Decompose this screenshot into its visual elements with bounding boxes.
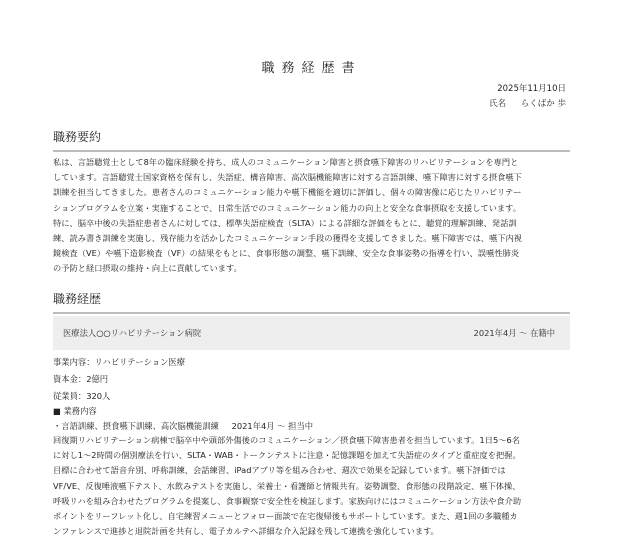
- duty-title: ・言語訓練、摂食嚥下訓練、高次脳機能訓練: [53, 421, 219, 431]
- company-employees: 従業員：320人: [53, 390, 110, 402]
- name-label: 氏名: [489, 99, 506, 109]
- summary-line: 訓練を担当してきました。患者さんのコミュニケーション能力や嚥下機能を適切に評価し…: [53, 185, 570, 200]
- duty-line: 呼吸リハを組み合わせたプログラムを提案し、食事観察で安全性を検証します。家族向け…: [53, 494, 570, 509]
- duty-line: 目標に合わせて語音弁別、呼称訓練、会話練習、iPadアプリ等を組み合わせ、週次で…: [53, 463, 570, 478]
- summary-line: 特に、脳卒中後の失語症患者さんに対しては、標準失語症検査（SLTA）による詳細な…: [53, 216, 570, 231]
- duty-line: に対し1～2時間の個別療法を行い、SLTA・WAB・トークンテストに注意・記憶課…: [53, 448, 570, 463]
- duty-title-row: ・言語訓練、摂食嚥下訓練、高次脳機能訓練 2021年4月 ～ 担当中: [53, 420, 313, 432]
- duties-heading: ■ 業務内容: [53, 405, 97, 417]
- resume-page: 職務経歴書 2025年11月10日 氏名 らくばか 歩 職務要約 私は、言語聴覚…: [0, 0, 623, 536]
- duty-line: ポイントをリーフレット化し、自宅練習メニューとフォロー面談で在宅復帰後もサポート…: [53, 509, 570, 524]
- career-heading: 職務経歴: [53, 290, 570, 314]
- document-title: 職務経歴書: [0, 57, 623, 76]
- duty-line: ンファレンスで進捗と退院計画を共有し、電子カルテへ詳細な介入記録を残して連携を強…: [53, 524, 570, 536]
- summary-line: 私は、言語聴覚士として8年の臨床経験を持ち、成人のコミュニケーション障害と摂食嚥…: [53, 155, 570, 170]
- name-value: らくばか 歩: [521, 99, 566, 109]
- document-date: 2025年11月10日: [489, 82, 566, 97]
- summary-heading: 職務要約: [53, 128, 570, 152]
- company-capital: 資本金：2億円: [53, 373, 108, 385]
- summary-line: しています。言語聴覚士国家資格を保有し、失語症、構音障害、高次脳機能障害に対する…: [53, 170, 570, 185]
- company-period: 2021年4月 ～ 在籍中: [474, 327, 555, 339]
- duty-description: 回復期リハビリテーション病棟で脳卒中や頭部外傷後のコミュニケーション／摂食嚥下障…: [53, 433, 570, 536]
- summary-line: の予防と経口摂取の維持・向上に貢献しています。: [53, 261, 570, 276]
- summary-line: 鏡検査（VE）や嚥下造影検査（VF）の結果をもとに、食事形態の調整、嚥下訓練、安…: [53, 246, 570, 261]
- summary-text: 私は、言語聴覚士として8年の臨床経験を持ち、成人のコミュニケーション障害と摂食嚥…: [53, 155, 570, 277]
- duty-line: 回復期リハビリテーション病棟で脳卒中や頭部外傷後のコミュニケーション／摂食嚥下障…: [53, 433, 570, 448]
- company-header: 医療法人○○リハビリテーション病院 2021年4月 ～ 在籍中: [53, 316, 570, 350]
- summary-line: 練、読み書き訓練を実施し、残存能力を活かしたコミュニケーション手段の獲得を支援し…: [53, 231, 570, 246]
- company-name: 医療法人○○リハビリテーション病院: [63, 327, 201, 339]
- duty-line: VF/VE、反復唾液嚥下テスト、水飲みテストを実施し、栄養士・看護師と情報共有。…: [53, 479, 570, 494]
- document-meta: 2025年11月10日 氏名 らくばか 歩: [489, 82, 566, 112]
- name-row: 氏名 らくばか 歩: [489, 97, 566, 112]
- duty-period: 2021年4月 ～ 担当中: [232, 421, 313, 431]
- company-business: 事業内容：リハビリテーション医療: [53, 356, 185, 368]
- summary-line: ションプログラムを立案・実施することで、日常生活でのコミュニケーション能力の向上…: [53, 201, 570, 216]
